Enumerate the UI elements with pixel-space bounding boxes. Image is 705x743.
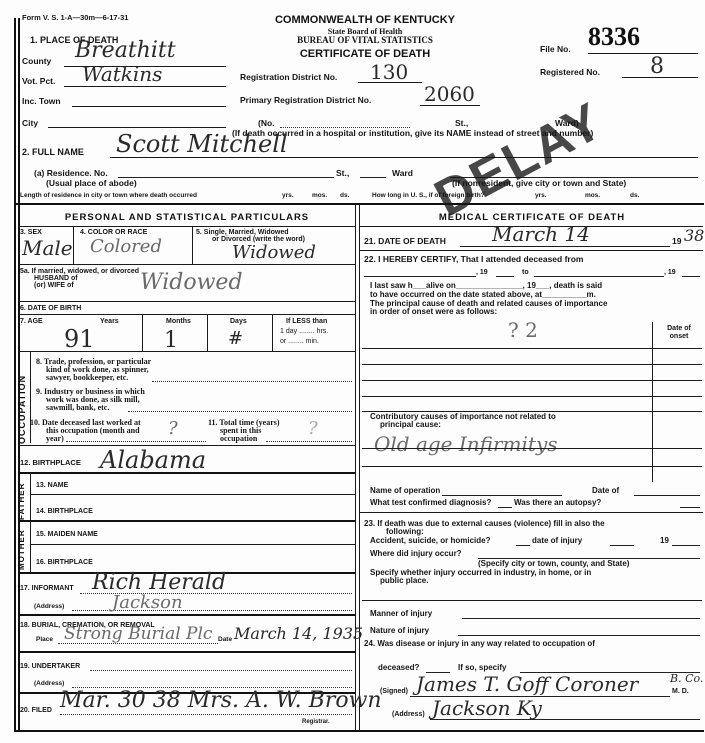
city-label: City xyxy=(22,118,38,128)
residence-st-label: St., xyxy=(336,168,349,178)
date-injury-label: date of injury xyxy=(532,537,582,545)
certificate-title: CERTIFICATE OF DEATH xyxy=(240,48,490,60)
contributory-value: Old age Infirmitys xyxy=(374,432,558,456)
row-line xyxy=(18,520,355,522)
cause-line xyxy=(362,364,702,365)
cause-line xyxy=(362,380,702,381)
q10-line-3: year) xyxy=(46,434,64,443)
injury-year-line xyxy=(672,545,700,546)
bureau-title: BUREAU OF VITAL STATISTICS xyxy=(240,35,490,45)
mother-birthplace-label: 16. BIRTHPLACE xyxy=(36,559,93,567)
certify-19: , 19 xyxy=(476,269,488,277)
certify-to-line xyxy=(534,276,664,277)
dob-label: 6. DATE OF BIRTH xyxy=(20,305,81,313)
q9-line-3: sawmill, bank, etc. xyxy=(46,403,109,412)
row-line xyxy=(359,512,703,513)
vot-pct-line xyxy=(64,86,226,87)
file-no-label: File No. xyxy=(540,44,571,54)
cause-line xyxy=(362,396,702,397)
vot-pct-label: Vot. Pct. xyxy=(22,76,55,86)
certify-year2-line xyxy=(682,276,700,277)
certify-to: to xyxy=(522,269,529,277)
foreign-ds-label: ds. xyxy=(630,192,639,200)
row-line xyxy=(18,264,355,265)
column-divider xyxy=(355,205,356,730)
spouse-value: Widowed xyxy=(140,270,243,295)
informant-label: 17. INFORMANT xyxy=(20,585,74,593)
accident-label: Accident, suicide, or homicide? xyxy=(370,537,490,545)
birthplace-label: 12. BIRTHPLACE xyxy=(20,459,81,467)
undertaker-label: 19. UNDERTAKER xyxy=(20,663,80,671)
row-line xyxy=(18,651,355,653)
date-of-death-value: March 14 xyxy=(492,222,590,246)
vot-pct-value: Watkins xyxy=(82,62,162,86)
inc-town-label: Inc. Town xyxy=(22,96,61,106)
q10-value: ? xyxy=(168,418,178,439)
delay-stamp: DELAY xyxy=(425,91,613,229)
row-line xyxy=(30,494,355,495)
column-divider-inner xyxy=(359,205,360,730)
father-name-label: 13. NAME xyxy=(36,482,68,490)
sex-value: Male xyxy=(22,236,73,260)
mos-label: mos. xyxy=(312,192,327,200)
personal-heading-line xyxy=(18,226,355,227)
row-line xyxy=(359,250,703,251)
informant-address-label: (Address) xyxy=(34,603,64,611)
date-of-death-label: 21. DATE OF DEATH xyxy=(364,236,446,246)
personal-heading: PERSONAL AND STATISTICAL PARTICULARS xyxy=(20,212,354,223)
birthplace-value: Alabama xyxy=(100,446,206,474)
q11-value: ? xyxy=(308,418,318,439)
certify-from-line xyxy=(364,276,476,277)
foreign-yrs-label: yrs. xyxy=(535,192,547,200)
q11-line xyxy=(266,441,352,442)
if-so-label: If so, specify xyxy=(458,664,506,672)
row-line xyxy=(18,472,355,474)
registered-no-label: Registered No. xyxy=(540,67,600,77)
row-line xyxy=(18,314,355,315)
registration-district-label: Registration District No. xyxy=(240,72,337,82)
ds-label: ds. xyxy=(340,192,349,200)
city-line xyxy=(48,127,226,128)
yrs-label: yrs. xyxy=(282,192,294,200)
certify-label: 22. I HEREBY CERTIFY, That I attended de… xyxy=(364,254,583,264)
death-year-suffix: 38 xyxy=(684,226,704,245)
principal-cause-2: in order of onset were as follows: xyxy=(370,308,497,316)
manner-line xyxy=(462,618,700,619)
date-of-label: Date of xyxy=(592,487,619,495)
left-border xyxy=(14,18,16,730)
filed-value: Mar. 30 38 Mrs. A. W. Brown xyxy=(60,688,382,713)
test-line xyxy=(498,507,512,508)
certify-year-line xyxy=(496,276,514,277)
bcoj-note: B. Co. J. xyxy=(670,672,705,685)
race-divider xyxy=(192,226,193,264)
days-label: Days xyxy=(230,318,247,326)
specify-label-2: public place. xyxy=(380,577,428,585)
residence-sub: (Usual place of abode) xyxy=(46,178,137,188)
signed-label: (Signed) xyxy=(380,688,408,696)
age-divider xyxy=(272,314,273,351)
death-year-prefix: 19 xyxy=(672,236,681,246)
cause-line xyxy=(362,466,702,467)
residence-ward-label: Ward xyxy=(392,168,413,178)
full-name-value: Scott Mitchell xyxy=(116,130,288,158)
bottom-border xyxy=(14,730,704,732)
signer-address-value: Jackson Ky xyxy=(432,696,542,720)
nature-label: Nature of injury xyxy=(370,627,429,635)
residence-line xyxy=(118,177,334,178)
occurred-text: to have occurred on the date stated abov… xyxy=(370,291,596,299)
row-line xyxy=(18,351,355,352)
no-label: (No. xyxy=(258,118,275,128)
less-than-3: or ........ min. xyxy=(280,338,319,346)
parents-divider xyxy=(30,472,31,572)
full-name-label: 2. FULL NAME xyxy=(22,147,84,157)
contributory-label-2: principal cause: xyxy=(380,421,441,429)
cause-line xyxy=(362,348,702,349)
last-saw-text: I last saw h___alive on_______________, … xyxy=(370,282,602,290)
spouse-label-3: (or) WIFE of xyxy=(34,282,74,290)
residence-label: (a) Residence. No. xyxy=(34,168,108,178)
burial-date-label: Date xyxy=(218,636,232,644)
filed-label: 20. FILED xyxy=(20,707,52,715)
length-residence-label: Length of residence in city or town wher… xyxy=(20,192,197,200)
age-years-value: 91 xyxy=(64,325,95,353)
q11-line-3: occupation xyxy=(220,434,257,443)
row-line xyxy=(30,544,355,545)
less-than-2: 1 day ........ hrs. xyxy=(280,328,328,336)
mother-side-label: MOTHER xyxy=(17,522,26,570)
autopsy-line xyxy=(680,507,700,508)
informant-address-value: Jackson xyxy=(112,592,183,613)
signer-address-label: (Address) xyxy=(392,711,425,719)
occupation-side-label: OCCUPATION xyxy=(17,356,27,444)
signed-value: James T. Goff Coroner xyxy=(416,672,638,696)
file-no-value: 8336 xyxy=(588,22,640,52)
date-injury-line xyxy=(610,545,634,546)
date-of-line xyxy=(634,495,700,496)
sex-divider xyxy=(73,226,74,264)
cause-line xyxy=(362,448,702,449)
onset-divider xyxy=(652,322,653,482)
undertaker-line xyxy=(90,670,352,671)
where-injury-label: Where did injury occur? xyxy=(370,550,462,558)
principal-cause-value: ? 2 xyxy=(508,318,538,342)
inc-town-line xyxy=(72,106,226,107)
age-label: 7. AGE xyxy=(20,318,43,326)
md-label: M. D. xyxy=(672,688,689,696)
registered-no-value: 8 xyxy=(650,54,664,79)
injury-19: 19 xyxy=(660,537,669,545)
q9-line xyxy=(128,411,352,412)
operation-label: Name of operation xyxy=(370,487,440,495)
operation-line xyxy=(442,495,562,496)
foreign-mos-label: mos. xyxy=(585,192,600,200)
age-months-value: 1 xyxy=(164,328,178,353)
burial-place-value: Strong Burial Plc xyxy=(64,624,212,644)
specify-city-label: (Specify city or town, county, and State… xyxy=(478,560,629,568)
q8-line xyxy=(152,381,352,382)
residence-ward-line xyxy=(360,177,386,178)
less-than-1: If LESS than xyxy=(286,318,327,326)
st-label: St., xyxy=(455,118,468,128)
registrar-label: Registrar. xyxy=(302,718,330,726)
certify-19b: , 19 xyxy=(664,269,676,277)
father-side-label: FATHER xyxy=(17,474,26,520)
age-divider xyxy=(142,314,143,351)
q10-line xyxy=(66,441,206,442)
father-birthplace-label: 14. BIRTHPLACE xyxy=(36,508,93,516)
mother-maiden-name-label: 15. MAIDEN NAME xyxy=(36,531,98,539)
burial-date-value: March 14, 1935 xyxy=(234,624,363,643)
primary-registration-value: 2060 xyxy=(424,82,475,106)
accident-line xyxy=(516,545,530,546)
years-label: Years xyxy=(100,318,119,326)
row-line xyxy=(18,301,355,302)
occupation-divider xyxy=(30,351,31,443)
q24-deceased: deceased? xyxy=(378,664,419,672)
q24-label: 24. Was disease or injury in any way rel… xyxy=(364,640,595,648)
form-number: Form V. S. 1-A—30m—6-17-31 xyxy=(22,14,128,22)
primary-registration-label: Primary Registration District No. xyxy=(240,95,371,105)
county-label: County xyxy=(22,56,51,66)
registration-district-value: 130 xyxy=(370,60,408,84)
nature-line xyxy=(458,635,700,636)
date-of-death-line xyxy=(460,246,670,247)
death-certificate: Form V. S. 1-A—30m—6-17-31 1. PLACE OF D… xyxy=(0,0,705,743)
marital-value: Widowed xyxy=(232,242,316,263)
date-of-onset-label: Date of onset xyxy=(658,325,700,341)
burial-place-label: Place xyxy=(36,636,53,644)
test-label: What test confirmed diagnosis? xyxy=(370,499,491,507)
row-line xyxy=(18,614,355,616)
state-title: COMMONWEALTH OF KENTUCKY xyxy=(240,14,490,26)
undertaker-address-label: (Address) xyxy=(34,680,64,688)
filed-line xyxy=(60,714,352,715)
county-value: Breathitt xyxy=(75,38,176,63)
q23-label-2: following: xyxy=(386,528,424,536)
manner-label: Manner of injury xyxy=(370,610,432,618)
age-divider xyxy=(207,314,208,351)
autopsy-label: Was there an autopsy? xyxy=(514,499,601,507)
file-no-line xyxy=(588,53,698,54)
race-value: Colored xyxy=(90,236,162,257)
months-label: Months xyxy=(166,318,191,326)
q8-line-3: sawyer, bookkeeper, etc. xyxy=(46,373,128,382)
age-days-value: # xyxy=(228,328,243,349)
row-line xyxy=(362,600,702,601)
